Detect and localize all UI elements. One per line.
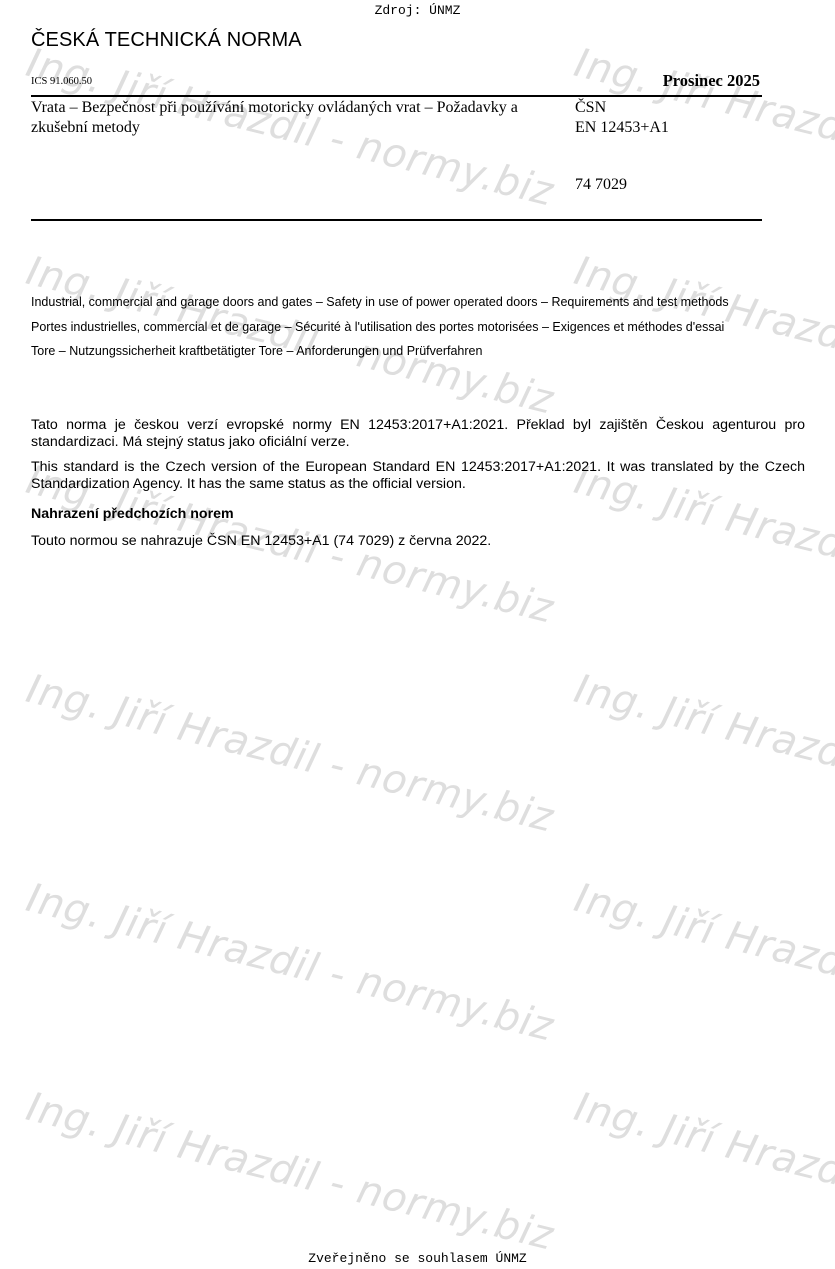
paragraph-cs: Tato norma je českou verzí evropské norm… xyxy=(31,417,805,450)
designation-number: EN 12453+A1 xyxy=(575,118,669,138)
source-line: Zdroj: ÚNMZ xyxy=(0,3,835,18)
standard-designation: ČSN EN 12453+A1 xyxy=(575,98,669,138)
designation-prefix: ČSN xyxy=(575,98,669,118)
title-de: Tore – Nutzungssicherheit kraftbetätigte… xyxy=(31,339,811,364)
replacement-heading: Nahrazení předchozích norem xyxy=(31,506,805,523)
header-rule-top xyxy=(31,95,762,97)
paragraph-en: This standard is the Czech version of th… xyxy=(31,459,805,492)
ics-code: ICS 91.060.50 xyxy=(31,76,92,87)
document-body: Tato norma je českou verzí evropské norm… xyxy=(31,417,805,558)
footer-note: Zveřejněno se souhlasem ÚNMZ xyxy=(0,1251,835,1266)
classification-number: 74 7029 xyxy=(575,176,627,194)
translated-titles: Industrial, commercial and garage doors … xyxy=(31,290,811,364)
document-page: Zdroj: ÚNMZ ČESKÁ TECHNICKÁ NORMA ICS 91… xyxy=(0,0,835,1269)
title-fr: Portes industrielles, commercial et de g… xyxy=(31,315,811,340)
national-standard-title: ČESKÁ TECHNICKÁ NORMA xyxy=(31,29,302,52)
replacement-text: Touto normou se nahrazuje ČSN EN 12453+A… xyxy=(31,533,805,550)
publication-date: Prosinec 2025 xyxy=(663,71,760,91)
title-en: Industrial, commercial and garage doors … xyxy=(31,290,811,315)
header-rule-bottom xyxy=(31,219,762,221)
standard-title-cs: Vrata – Bezpečnost při používání motoric… xyxy=(31,98,566,138)
